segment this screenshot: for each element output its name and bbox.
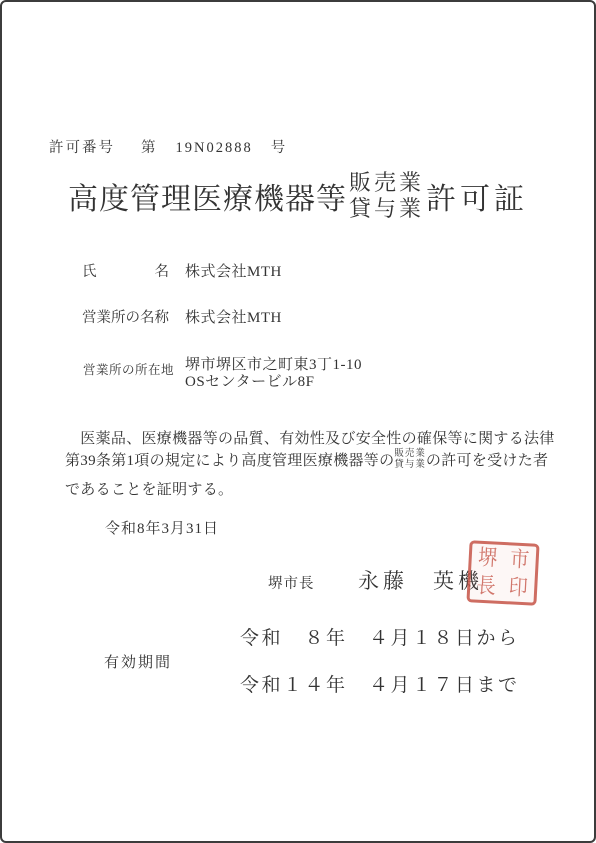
- title-suffix-text: 許可証: [426, 174, 528, 218]
- seal-character: 市: [510, 548, 530, 571]
- body-business-type-stack: 販売業 貸与業: [394, 449, 426, 471]
- body-text-line1: 医薬品、医療機器等の品質、有効性及び安全性の確保等に関する法律: [65, 427, 555, 448]
- office-name-value: 株式会社MTH: [185, 306, 282, 327]
- office-name-label: 営業所の名称: [82, 306, 169, 327]
- permit-number-value: 19N02888: [176, 140, 253, 156]
- issue-date: 令和8年3月31日: [105, 517, 219, 538]
- permit-number-prefix: 第: [141, 140, 158, 156]
- office-address-label: 営業所の所在地: [83, 360, 174, 378]
- office-address-line1: 堺市堺区市之町東3丁1-10: [185, 357, 362, 374]
- seal-character: 堺: [478, 547, 498, 570]
- body-line2-before: 第39条第1項の規定により高度管理医療機器等の: [65, 449, 394, 470]
- body-line2-after: の許可を受けた者: [426, 449, 548, 470]
- title-business-type-stack: 販売業 貸与業: [349, 170, 424, 223]
- body-text-line3: であることを証明する。: [65, 478, 233, 499]
- seal-character: 印: [508, 576, 528, 599]
- office-address-value: 堺市堺区市之町東3丁1-10 OSセンタービル8F: [185, 357, 362, 390]
- name-field-value: 株式会社MTH: [185, 260, 282, 281]
- body-stack-sales: 販売業: [394, 449, 426, 460]
- validity-from-date: 令和 ８年 ４月１８日から: [240, 623, 520, 650]
- name-field-label: 氏 名: [82, 260, 169, 281]
- title-stack-sales: 販売業: [349, 170, 424, 196]
- title-main-text: 高度管理医療機器等: [68, 174, 347, 218]
- validity-to-date: 令和１４年 ４月１７日まで: [240, 670, 520, 697]
- official-seal-stamp: 堺 市 長 印: [466, 540, 539, 606]
- validity-period-label: 有効期間: [104, 651, 172, 672]
- certificate-title: 高度管理医療機器等 販売業 貸与業 許可証: [2, 170, 594, 223]
- certificate-document: 許可番号第19N02888号 高度管理医療機器等 販売業 貸与業 許可証 氏 名…: [0, 0, 596, 843]
- permit-number-label: 許可番号: [49, 140, 115, 156]
- body-text-line2: 第39条第1項の規定により高度管理医療機器等の 販売業 貸与業 の許可を受けた者: [65, 449, 548, 471]
- permit-number-suffix: 号: [271, 140, 288, 156]
- title-stack-lending: 貸与業: [349, 196, 424, 222]
- permit-number-line: 許可番号第19N02888号: [49, 136, 287, 157]
- mayor-name: 永藤 英機: [358, 565, 483, 595]
- office-address-line2: OSセンタービル8F: [185, 374, 362, 391]
- mayor-title: 堺市長: [268, 572, 315, 593]
- seal-character: 長: [476, 575, 496, 598]
- body-stack-lending: 貸与業: [394, 460, 426, 471]
